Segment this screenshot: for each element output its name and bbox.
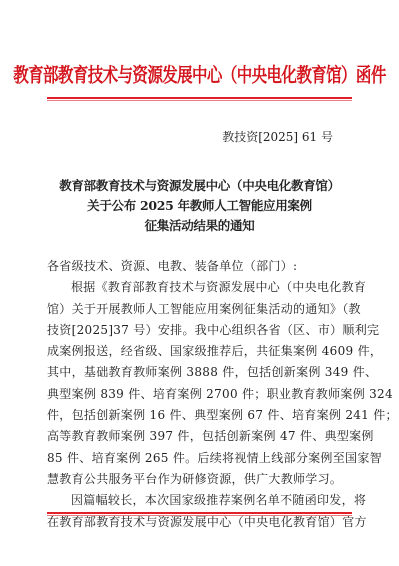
paragraph-line: 因篇幅较长，本次国家级推荐案例名单不随函印发，将 [47,490,347,511]
paragraph-line: 成案例报送，经省级、国家级推荐后，共征集案例 4609 件， [47,341,347,362]
paragraph-line: 其中，基础教育教师案例 3888 件，包括创新案例 349 件、 [47,362,347,383]
notice-title-line-2: 关于公布 2025 年教师人工智能应用案例 [0,196,399,216]
notice-title: 教育部教育技术与资源发展中心（中央电化教育馆） 关于公布 2025 年教师人工智… [0,176,399,236]
notice-body: 各省级技术、资源、电教、装备单位（部门）: 根据《教育部教育技术与资源发展中心（… [47,256,347,533]
salutation: 各省级技术、资源、电教、装备单位（部门）: [47,256,347,277]
notice-title-line-1: 教育部教育技术与资源发展中心（中央电化教育馆） [0,176,399,196]
document-number: 教技资[2025] 61 号 [0,128,333,145]
paragraph-line: 件，包括创新案例 16 件、典型案例 67 件、培育案例 241 件； [47,405,347,426]
paragraph-line: 馆）关于开展教师人工智能应用案例征集活动的通知》（教 [47,299,347,320]
paragraph-line: 85 件、培育案例 265 件。后续将视情上线部分案例至国家智 [47,448,347,469]
footer-red-rule [47,512,352,516]
paragraph-line: 根据《教育部教育技术与资源发展中心（中央电化教育 [47,277,347,298]
paragraph-line: 典型案例 839 件、培育案例 2700 件；职业教育教师案例 324 [47,384,347,405]
paragraph-line: 技资[2025]37 号）安排。我中心组织各省（区、市）顺利完 [47,320,347,341]
letterhead-title: 教育部教育技术与资源发展中心（中央电化教育馆）函件 [0,60,399,88]
paragraph-line: 慧教育公共服务平台作为研修资源，供广大教师学习。 [47,469,347,490]
letterhead-red-rule [47,97,352,101]
notice-title-line-3: 征集活动结果的通知 [0,216,399,236]
paragraph-line: 高等教育教师案例 397 件，包括创新案例 47 件、典型案例 [47,426,347,447]
